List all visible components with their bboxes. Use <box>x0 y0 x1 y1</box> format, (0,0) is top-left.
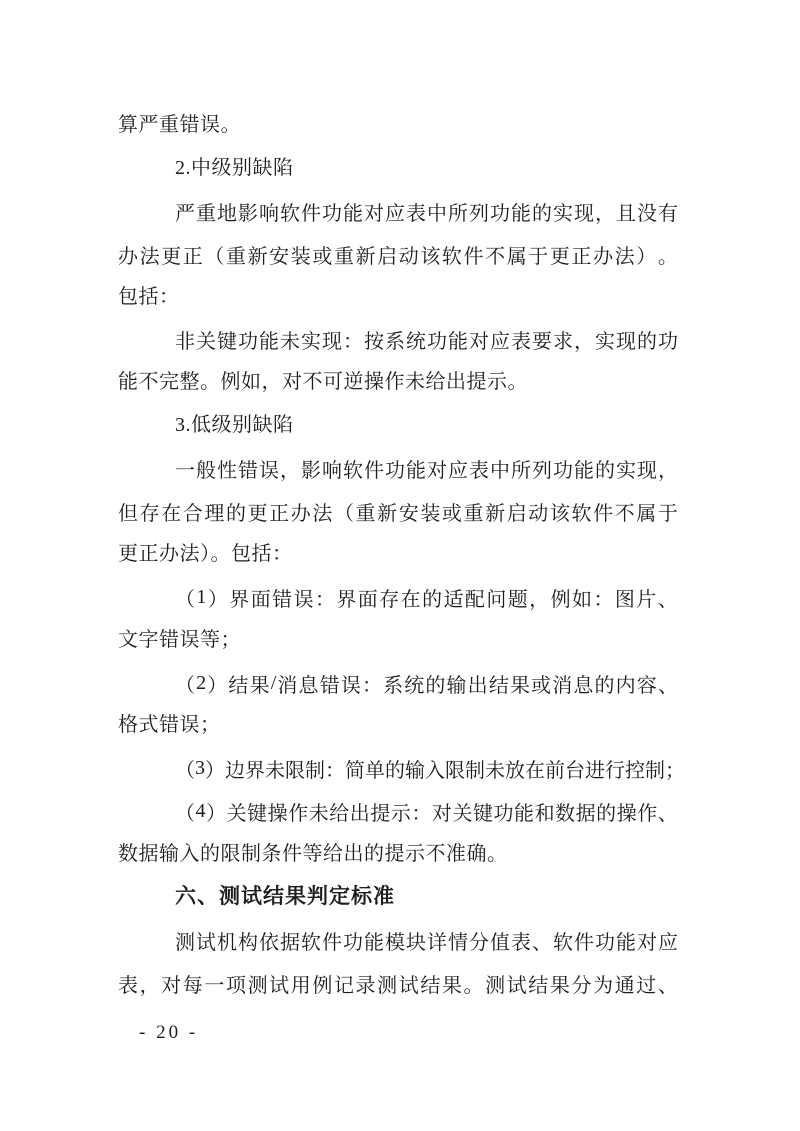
section-heading: 六、测试结果判定标准 <box>118 876 678 919</box>
text-line: 但存在合理的更正办法（重新安装或重新启动该软件不属于 <box>118 490 678 533</box>
text-line: 办法更正（重新安装或重新启动该软件不属于更正办法）。 <box>118 233 678 276</box>
text-line: 格式错误； <box>118 704 678 747</box>
text-line: 3.低级别缺陷 <box>118 404 678 447</box>
text-line: 2.中级别缺陷 <box>118 147 678 190</box>
document-page: 算严重错误。2.中级别缺陷严重地影响软件功能对应表中所列功能的实现，且没有办法更… <box>0 0 800 1131</box>
text-line: （2）结果/消息错误：系统的输出结果或消息的内容、 <box>118 662 678 705</box>
text-line: 表，对每一项测试用例记录测试结果。测试结果分为通过、 <box>118 962 678 1005</box>
text-line: （4）关键操作未给出提示：对关键功能和数据的操作、 <box>118 790 678 833</box>
text-line: 算严重错误。 <box>118 104 678 147</box>
page-number: - 20 - <box>139 1021 198 1045</box>
text-line: （1）界面错误：界面存在的适配问题，例如：图片、 <box>118 576 678 619</box>
text-line: （3）边界未限制：简单的输入限制未放在前台进行控制； <box>118 747 678 790</box>
text-line: 文字错误等； <box>118 619 678 662</box>
text-line: 严重地影响软件功能对应表中所列功能的实现，且没有 <box>118 190 678 233</box>
text-line: 能不完整。例如，对不可逆操作未给出提示。 <box>118 361 678 404</box>
text-line: 非关键功能未实现：按系统功能对应表要求，实现的功 <box>118 318 678 361</box>
text-line: 更正办法）。包括： <box>118 533 678 576</box>
document-body: 算严重错误。2.中级别缺陷严重地影响软件功能对应表中所列功能的实现，且没有办法更… <box>118 104 678 1005</box>
text-line: 测试机构依据软件功能模块详情分值表、软件功能对应 <box>118 919 678 962</box>
text-line: 一般性错误，影响软件功能对应表中所列功能的实现， <box>118 447 678 490</box>
text-line: 数据输入的限制条件等给出的提示不准确。 <box>118 833 678 876</box>
text-line: 包括： <box>118 276 678 319</box>
